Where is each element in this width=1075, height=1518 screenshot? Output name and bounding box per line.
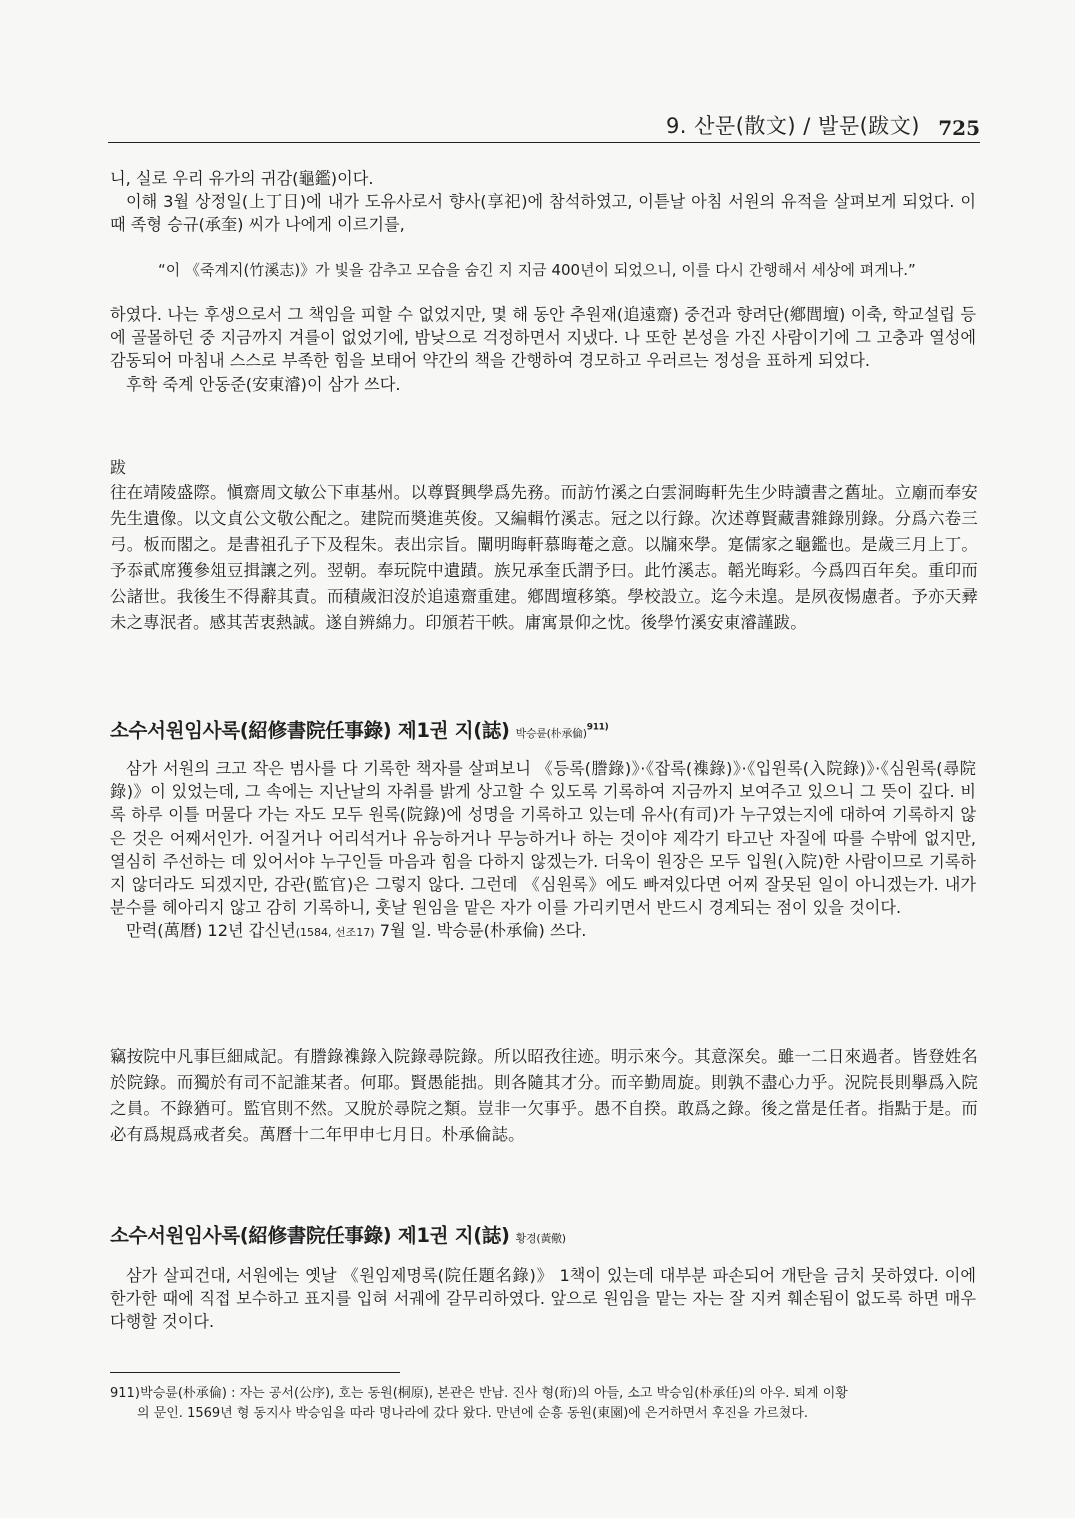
paragraph: 하였다. 나는 후생으로서 그 책임을 피할 수 없었지만, 몇 해 동안 추원…: [110, 303, 976, 373]
hanmun-original-text: 往在靖陵盛際。愼齋周文敏公下車基州。以尊賢興學爲先務。而訪竹溪之白雲洞晦軒先生少…: [110, 480, 978, 636]
section-title: 소수서원임사록(紹修書院任事錄) 제1권 지(誌)황경(黃儆): [110, 1220, 566, 1248]
chapter-title: 9. 산문(散文) / 발문(跋文): [666, 110, 920, 140]
intro-paragraphs: 니, 실로 우리 유가의 귀감(龜鑑)이다. 이해 3월 상정일(上丁日)에 내…: [110, 167, 976, 237]
hanmun-heading: 跋: [110, 455, 126, 478]
page-number: 725: [938, 116, 980, 140]
footnote-text: 박승륜(朴承倫) : 자는 공서(公序), 호는 동원(桐原), 본관은 반남.…: [140, 1386, 848, 1401]
section-title-text: 소수서원임사록(紹修書院任事錄) 제1권 지(誌): [110, 1224, 510, 1247]
paragraph: 삼가 서원의 크고 작은 범사를 다 기록한 책자를 살펴보니 《등록(謄錄)》…: [110, 757, 976, 919]
document-page: 9. 산문(散文) / 발문(跋文) 725 니, 실로 우리 유가의 귀감(龜…: [0, 0, 1075, 1518]
section-title-text: 소수서원임사록(紹修書院任事錄) 제1권 지(誌): [110, 719, 510, 742]
block-quote: “이 《죽계지(竹溪志)》가 빛을 감추고 모습을 숨긴 지 지금 400년이 …: [158, 259, 978, 281]
footnote-divider: [110, 1372, 400, 1373]
footnote: 911) 박승륜(朴承倫) : 자는 공서(公序), 호는 동원(桐原), 본관…: [110, 1384, 980, 1424]
paragraph: 니, 실로 우리 유가의 귀감(龜鑑)이다.: [110, 167, 976, 190]
author-name: 박승륜(朴承倫): [516, 727, 587, 740]
author-name: 황경(黃儆): [516, 1232, 566, 1245]
running-header: 9. 산문(散文) / 발문(跋文) 725: [108, 110, 980, 143]
section-title: 소수서원임사록(紹修書院任事錄) 제1권 지(誌)박승륜(朴承倫)911): [110, 715, 608, 743]
footnote-ref: 911): [587, 723, 609, 733]
footnote-text-continued: 의 문인. 1569년 형 동지사 박승임을 따라 명나라에 갔다 왔다. 만년…: [110, 1404, 980, 1424]
footnote-number: 911): [110, 1384, 136, 1404]
paragraph: 삼가 살피건대, 서원에는 옛날 《원임제명록(院任題名錄)》 1책이 있는데 …: [110, 1264, 976, 1334]
signature-line: 후학 죽계 안동준(安東濬)이 삼가 쓰다.: [110, 373, 976, 396]
continuation-paragraphs: 하였다. 나는 후생으로서 그 책임을 피할 수 없었지만, 몇 해 동안 추원…: [110, 303, 976, 396]
hanmun-original-text: 竊按院中凡事巨細咸記。有謄錄襍錄入院錄尋院錄。所以昭孜往迹。明示來今。其意深矣。…: [110, 1044, 978, 1148]
dateline: 만력(萬曆) 12년 갑신년(1584, 선조17) 7월 일. 박승륜(朴承倫…: [110, 919, 976, 944]
paragraph: 이해 3월 상정일(上丁日)에 내가 도유사로서 향사(享祀)에 참석하였고, …: [110, 190, 976, 236]
section-body: 삼가 살피건대, 서원에는 옛날 《원임제명록(院任題名錄)》 1책이 있는데 …: [110, 1264, 976, 1334]
section-body: 삼가 서원의 크고 작은 범사를 다 기록한 책자를 살펴보니 《등록(謄錄)》…: [110, 757, 976, 945]
